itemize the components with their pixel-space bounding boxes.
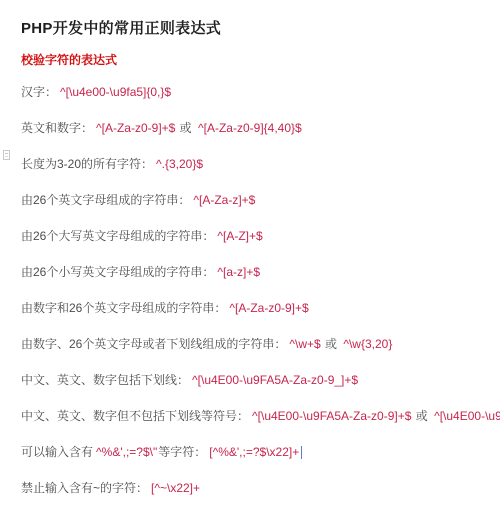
regex-code: ^[\u4E00-\u9FA5A-Za-z0-9]+$ bbox=[252, 409, 411, 423]
label-text: 汉字： bbox=[21, 85, 57, 99]
regex-row: 长度为3-20的所有字符：^.{3,20}$ bbox=[21, 157, 492, 171]
broken-image-icon-detail bbox=[5, 156, 8, 157]
regex-code: ^[A-Za-z0-9]+$ bbox=[96, 121, 175, 135]
label-text: 由26个大写英文字母组成的字符串： bbox=[21, 229, 214, 243]
regex-code: [^%&',;=?$\x22]+ bbox=[209, 445, 299, 459]
regex-code: ^[A-Z]+$ bbox=[217, 229, 262, 243]
regex-row: 中文、英文、数字但不包括下划线等符号：^[\u4E00-\u9FA5A-Za-z… bbox=[21, 409, 492, 423]
regex-code: ^[\u4E00-\u9FA5A-Za-z0-9]{2,20}$ bbox=[434, 409, 500, 423]
regex-row: 由26个英文字母组成的字符串：^[A-Za-z]+$ bbox=[21, 193, 492, 207]
label-text: 由数字和26个英文字母组成的字符串： bbox=[21, 301, 226, 315]
regex-code: ^[A-Za-z0-9]+$ bbox=[229, 301, 308, 315]
page-title: PHP开发中的常用正则表达式 bbox=[21, 19, 492, 38]
regex-row: 英文和数字：^[A-Za-z0-9]+$ 或 ^[A-Za-z0-9]{4,40… bbox=[21, 121, 492, 135]
label-text: 或 bbox=[412, 409, 431, 423]
regex-code: ^[\u4E00-\u9FA5A-Za-z0-9_]+$ bbox=[192, 373, 358, 387]
label-text: 可以输入含有 bbox=[21, 445, 93, 459]
section-heading: 校验字符的表达式 bbox=[21, 53, 492, 68]
regex-code: ^[A-Za-z]+$ bbox=[193, 193, 255, 207]
regex-row: 可以输入含有^%&',;=?$\"等字符：[^%&',;=?$\x22]+ bbox=[21, 445, 492, 459]
broken-image-icon-detail bbox=[5, 153, 8, 154]
regex-code: ^[A-Za-z0-9]{4,40}$ bbox=[198, 121, 302, 135]
regex-code: ^%&',;=?$\" bbox=[96, 445, 157, 459]
regex-row: 禁止输入含有~的字符：[^~\x22]+ bbox=[21, 481, 492, 495]
regex-list: 汉字：^[\u4e00-\u9fa5]{0,}$英文和数字：^[A-Za-z0-… bbox=[21, 85, 492, 495]
article-body: PHP开发中的常用正则表达式 校验字符的表达式 汉字：^[\u4e00-\u9f… bbox=[0, 0, 500, 495]
broken-image-icon bbox=[3, 150, 10, 160]
regex-row: 由26个大写英文字母组成的字符串：^[A-Z]+$ bbox=[21, 229, 492, 243]
regex-row: 中文、英文、数字包括下划线：^[\u4E00-\u9FA5A-Za-z0-9_]… bbox=[21, 373, 492, 387]
label-text: 禁止输入含有~的字符： bbox=[21, 481, 148, 495]
label-text: 中文、英文、数字包括下划线： bbox=[21, 373, 189, 387]
label-text: 或 bbox=[322, 337, 341, 351]
regex-row: 由数字、26个英文字母或者下划线组成的字符串：^\w+$ 或 ^\w{3,20} bbox=[21, 337, 492, 351]
label-text: 等字符： bbox=[158, 445, 206, 459]
regex-code: ^[a-z]+$ bbox=[217, 265, 260, 279]
label-text: 英文和数字： bbox=[21, 121, 93, 135]
regex-code: [^~\x22]+ bbox=[151, 481, 200, 495]
text-cursor bbox=[301, 446, 302, 459]
regex-row: 由数字和26个英文字母组成的字符串：^[A-Za-z0-9]+$ bbox=[21, 301, 492, 315]
label-text: 由26个英文字母组成的字符串： bbox=[21, 193, 190, 207]
label-text: 中文、英文、数字但不包括下划线等符号： bbox=[21, 409, 249, 423]
regex-code: ^.{3,20}$ bbox=[156, 157, 203, 171]
regex-row: 汉字：^[\u4e00-\u9fa5]{0,}$ bbox=[21, 85, 492, 99]
label-text: 长度为3-20的所有字符： bbox=[21, 157, 153, 171]
regex-code: ^\w+$ bbox=[289, 337, 320, 351]
regex-code: ^\w{3,20} bbox=[343, 337, 392, 351]
label-text: 由数字、26个英文字母或者下划线组成的字符串： bbox=[21, 337, 286, 351]
label-text: 由26个小写英文字母组成的字符串： bbox=[21, 265, 214, 279]
regex-code: ^[\u4e00-\u9fa5]{0,}$ bbox=[60, 85, 171, 99]
regex-row: 由26个小写英文字母组成的字符串：^[a-z]+$ bbox=[21, 265, 492, 279]
label-text: 或 bbox=[176, 121, 195, 135]
